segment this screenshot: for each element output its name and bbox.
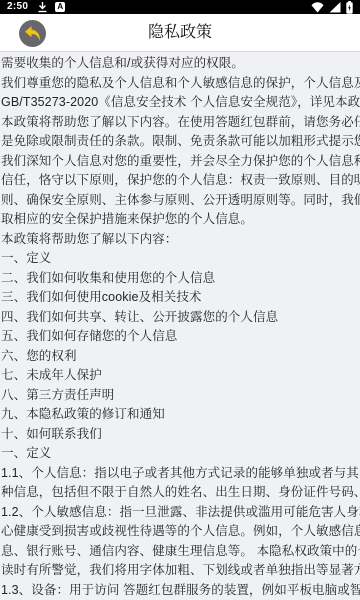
wifi-icon xyxy=(311,2,324,13)
policy-text-line: 1.1、个人信息：指以电子或者其他方式记录的能够单独或者与其 xyxy=(1,464,360,484)
policy-toc-item: 三、我们如何使用cookie及相关技术 xyxy=(1,288,360,308)
policy-text-line: 需要收集的个人信息和/或获得对应的权限。 xyxy=(1,54,360,74)
page-title: 隐私政策 xyxy=(0,14,360,51)
policy-text-line: 1.3、设备：用于访问 答题红包群服务的装置，例如平板电脑或智能 xyxy=(1,581,360,600)
policy-text-line: GB/T35273-2020《信息安全技术 个人信息安全规范》，详见本政 xyxy=(1,93,360,113)
status-bar-right-icons xyxy=(311,1,353,14)
policy-text-line: 信任，恪守以下原则，保护您的个人信息：权责一致原则、目的明 xyxy=(1,171,360,191)
policy-toc-item: 八、第三方责任声明 xyxy=(1,386,360,406)
letter-a-badge-icon: A xyxy=(55,2,65,12)
policy-text-line: 取相应的安全保护措施来保护您的个人信息。 xyxy=(1,210,360,230)
battery-charging-icon xyxy=(346,1,353,14)
policy-text-line: 读时有所警觉，我们将用字体加粗、下划线或者单独指出等显著方 xyxy=(1,561,360,581)
policy-toc-item: 四、我们如何共享、转让、公开披露您的个人信息 xyxy=(1,308,360,328)
policy-text-line: 我们深知个人信息对您的重要性，并会尽全力保护您的个人信息和 xyxy=(1,152,360,172)
app-screen: 2:50 A xyxy=(0,0,360,600)
back-reply-arrow-icon xyxy=(24,26,41,41)
policy-text-line: 1.2、个人敏感信息：指一旦泄露、非法提供或滥用可能危害人身和 xyxy=(1,503,360,523)
clock-time: 2:50 xyxy=(7,0,28,14)
policy-toc-item: 五、我们如何存储您的个人信息 xyxy=(1,327,360,347)
header: 隐私政策 xyxy=(0,14,360,52)
policy-text-line: 息、银行账号、通信内容、健康生理信息等。 本隐私权政策中的个 xyxy=(1,542,360,562)
policy-text-line: 本政策将帮助您了解以下内容： xyxy=(1,230,360,250)
download-icon xyxy=(37,1,48,13)
policy-text-line: 则、确保安全原则、主体参与原则、公开透明原则等。同时，我们 xyxy=(1,191,360,211)
policy-text-line: 是免除或限制责任的条款。限制、免责条款可能以加粗形式提示您 xyxy=(1,132,360,152)
policy-text-line: 心健康受到损害或歧视性待遇等的个人信息。例如，个人敏感信息 xyxy=(1,522,360,542)
policy-text-line: 我们尊重您的隐私及个人信息和个人敏感信息的保护，个人信息及 xyxy=(1,74,360,94)
status-bar: 2:50 A xyxy=(0,0,360,14)
back-button[interactable] xyxy=(19,20,46,47)
policy-toc-item: 十、如何联系我们 xyxy=(1,425,360,445)
policy-toc-item: 六、您的权利 xyxy=(1,347,360,367)
cellular-signal-icon xyxy=(329,2,341,13)
policy-toc-item: 七、未成年人保护 xyxy=(1,366,360,386)
policy-section-heading: 一、定义 xyxy=(1,444,360,464)
policy-toc-item: 二、我们如何收集和使用您的个人信息 xyxy=(1,269,360,289)
policy-toc-item: 一、定义 xyxy=(1,249,360,269)
policy-toc-item: 九、本隐私政策的修订和通知 xyxy=(1,405,360,425)
policy-content[interactable]: 需要收集的个人信息和/或获得对应的权限。 我们尊重您的隐私及个人信息和个人敏感信… xyxy=(0,52,360,600)
policy-text-line: 种信息，包括但不限于自然人的姓名、出生日期、身份证件号码、 xyxy=(1,483,360,503)
policy-text-line: 本政策将帮助您了解以下内容。在使用答题红包群前，请您务必仔 xyxy=(1,113,360,133)
